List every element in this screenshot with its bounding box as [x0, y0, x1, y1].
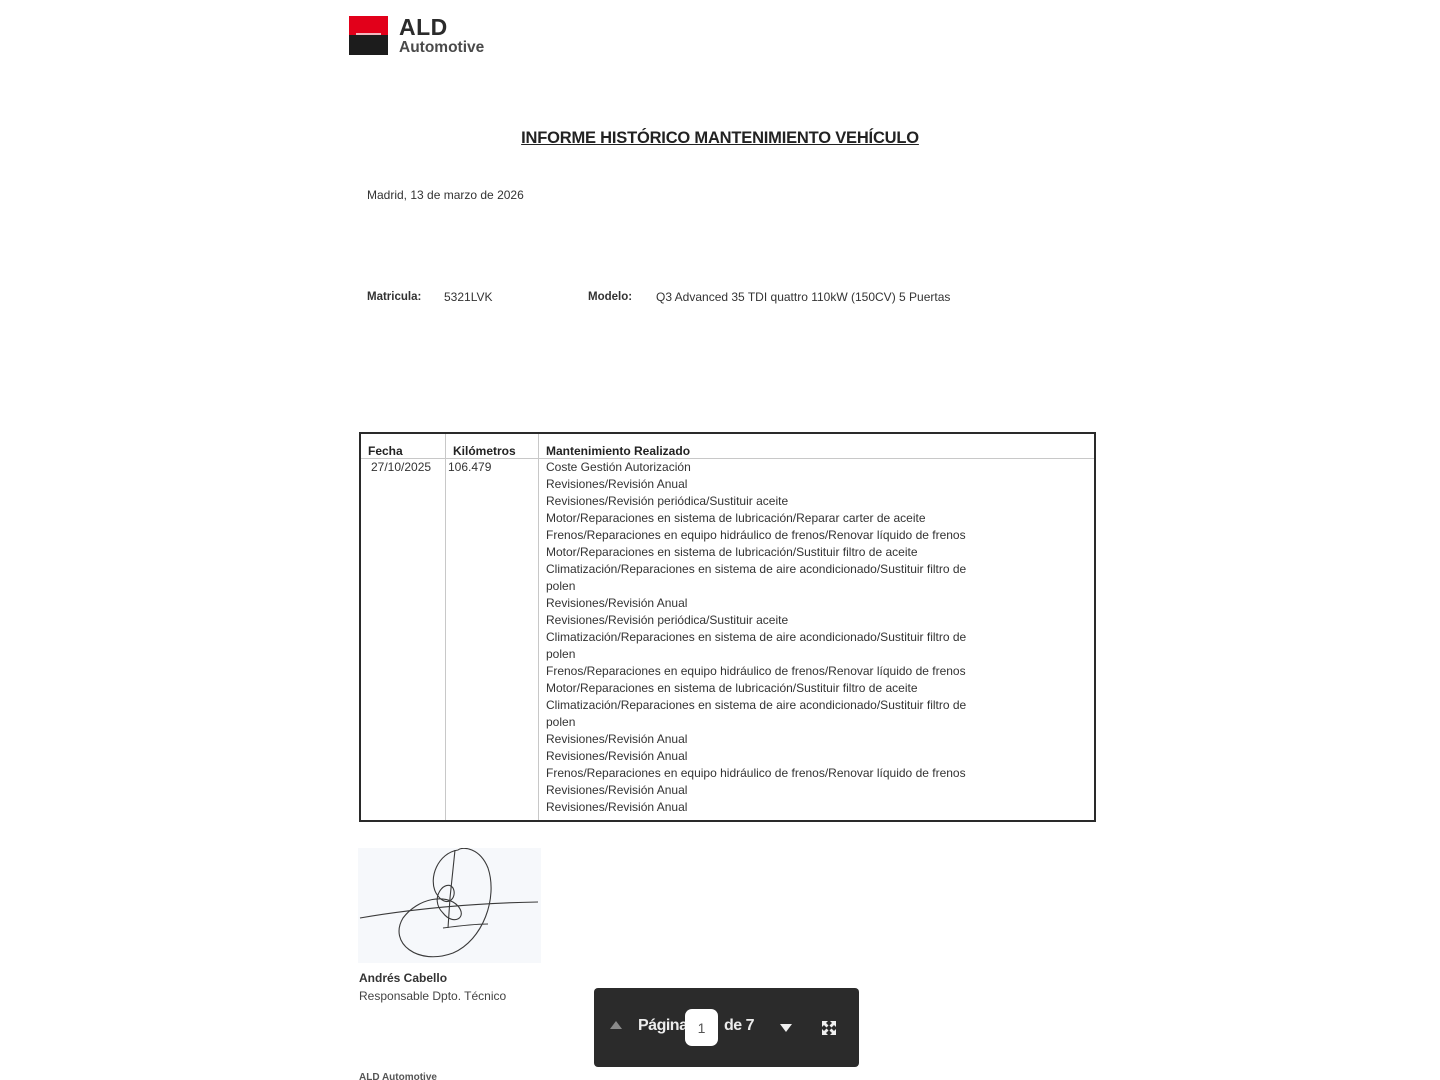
maintenance-item: Revisiones/Revisión Anual [546, 799, 1016, 816]
page-label: Página [638, 1017, 687, 1035]
maintenance-item: Frenos/Reparaciones en equipo hidráulico… [546, 527, 1016, 544]
header-mantenimiento: Mantenimiento Realizado [546, 444, 690, 458]
modelo-value: Q3 Advanced 35 TDI quattro 110kW (150CV)… [656, 290, 950, 304]
maintenance-table: Fecha Kilómetros Mantenimiento Realizado… [359, 432, 1096, 822]
document-title: INFORME HISTÓRICO MANTENIMIENTO VEHÍCULO [0, 129, 1440, 148]
maintenance-item: Frenos/Reparaciones en equipo hidráulico… [546, 663, 1016, 680]
signature-image [358, 848, 541, 963]
maintenance-item: Motor/Reparaciones en sistema de lubrica… [546, 510, 1016, 527]
signer-role: Responsable Dpto. Técnico [359, 989, 506, 1003]
maintenance-item: Climatización/Reparaciones en sistema de… [546, 561, 1016, 595]
matricula-label: Matricula: [367, 291, 421, 303]
footer-company: ALD Automotive [359, 1072, 437, 1080]
header-fecha: Fecha [368, 444, 403, 458]
maintenance-item: Revisiones/Revisión Anual [546, 748, 1016, 765]
maintenance-item: Revisiones/Revisión Anual [546, 782, 1016, 799]
column-divider [538, 434, 539, 820]
maintenance-item: Frenos/Reparaciones en equipo hidráulico… [546, 765, 1016, 782]
place-date: Madrid, 13 de marzo de 2026 [367, 188, 524, 202]
logo-mark-icon [349, 16, 388, 55]
previous-page-triangle-up-icon[interactable] [610, 1021, 622, 1029]
maintenance-item: Climatización/Reparaciones en sistema de… [546, 697, 1016, 731]
signer-name: Andrés Cabello [359, 971, 447, 985]
page-total-label: de 7 [724, 1017, 754, 1035]
maintenance-item: Motor/Reparaciones en sistema de lubrica… [546, 680, 1016, 697]
matricula-value: 5321LVK [444, 290, 493, 304]
maintenance-item: Revisiones/Revisión Anual [546, 595, 1016, 612]
logo-text-automotive: Automotive [399, 39, 484, 57]
maintenance-item: Revisiones/Revisión Anual [546, 476, 1016, 493]
column-divider [445, 434, 446, 820]
logo-text-ald: ALD [399, 14, 448, 41]
maintenance-item: Revisiones/Revisión periódica/Sustituir … [546, 493, 1016, 510]
page-navigation-toolbar: Página de 7 [594, 988, 859, 1067]
cell-mantenimiento-list: Coste Gestión AutorizaciónRevisiones/Rev… [546, 459, 1016, 816]
fullscreen-icon[interactable] [821, 1020, 837, 1036]
modelo-label: Modelo: [588, 291, 632, 303]
maintenance-item: Revisiones/Revisión periódica/Sustituir … [546, 612, 1016, 629]
cell-fecha: 27/10/2025 [371, 459, 431, 476]
maintenance-item: Coste Gestión Autorización [546, 459, 1016, 476]
maintenance-item: Revisiones/Revisión Anual [546, 731, 1016, 748]
maintenance-item: Motor/Reparaciones en sistema de lubrica… [546, 544, 1016, 561]
next-page-triangle-down-icon[interactable] [780, 1024, 792, 1032]
page-number-input[interactable] [685, 1009, 718, 1046]
cell-kilometros: 106.479 [448, 459, 491, 476]
signature-scribble-icon [358, 848, 541, 963]
ald-automotive-logo: ALD Automotive [349, 14, 494, 58]
header-kilometros: Kilómetros [453, 444, 516, 458]
maintenance-item: Climatización/Reparaciones en sistema de… [546, 629, 1016, 663]
